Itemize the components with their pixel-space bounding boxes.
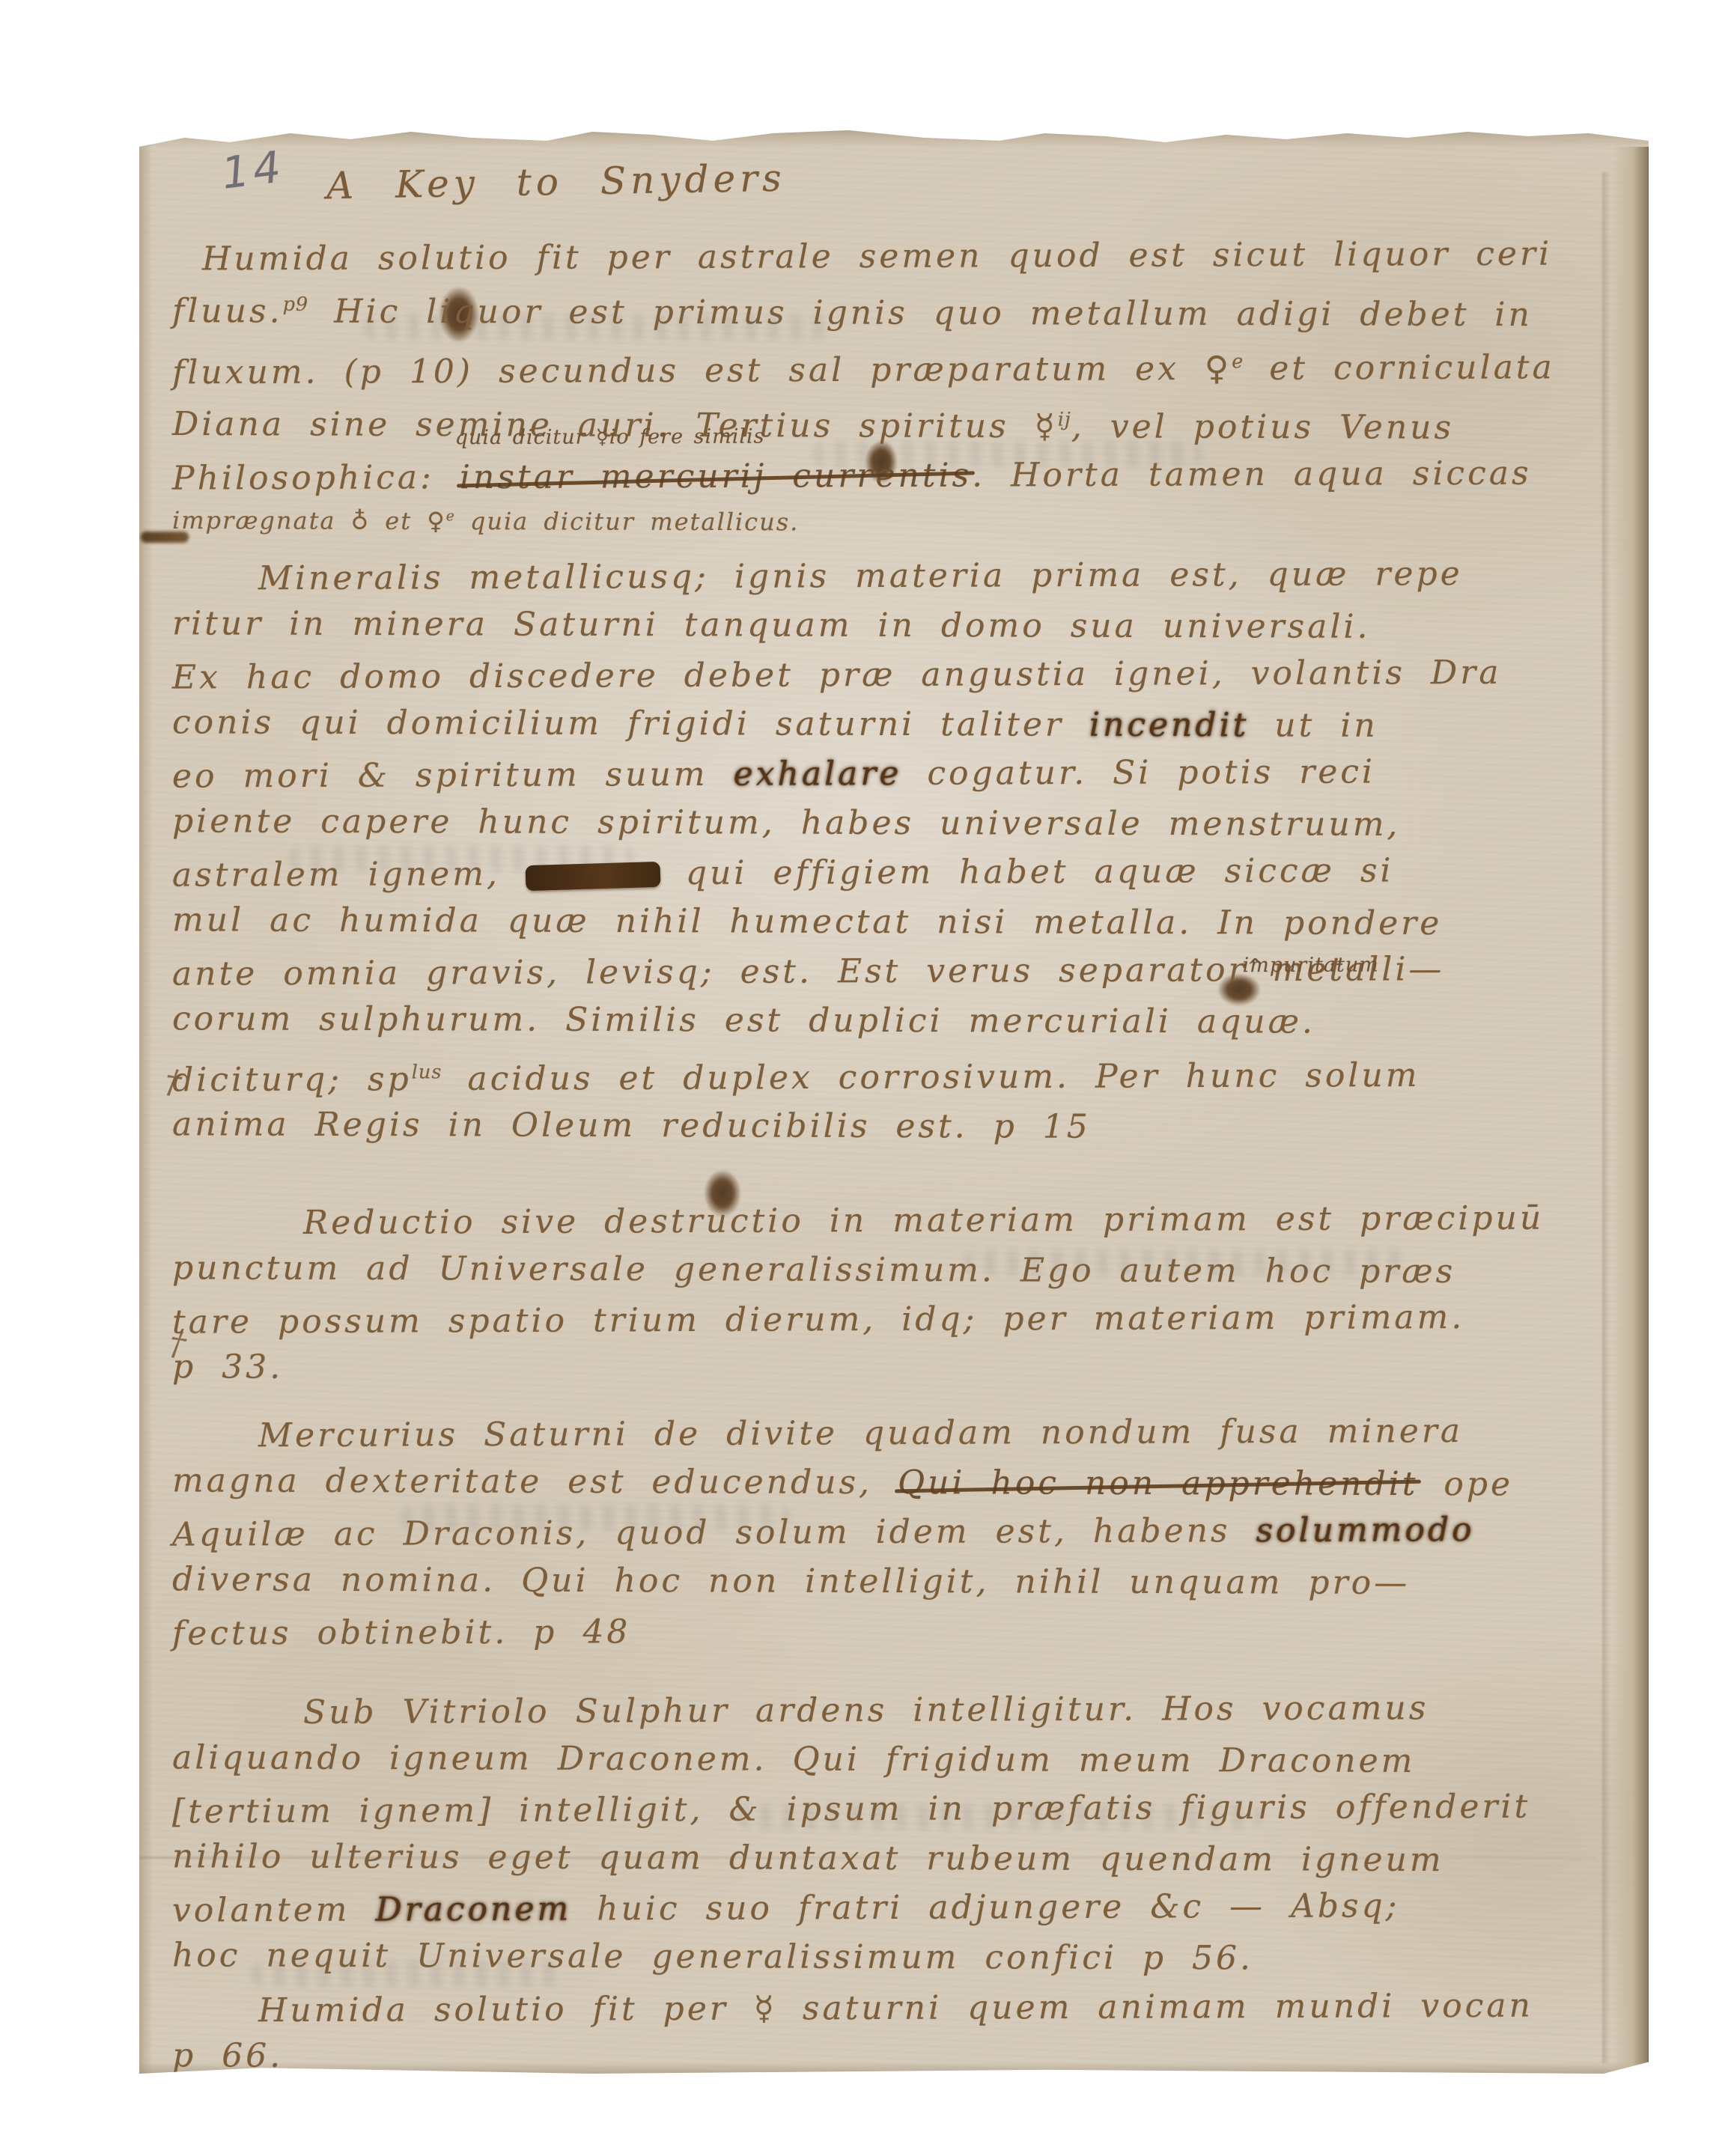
line-text: qui effigiem habet aquæ siccæ si [660,851,1394,892]
correction-stack: quia dicitur ☿io fere similisinstar merc… [460,451,972,503]
smudged-word: incendit [1089,705,1250,744]
page-header: 14 A Key to Snyders [172,139,1602,232]
manuscript-line: astralem ignem, qui effigiem habet aquæ … [172,845,1602,900]
mercury-symbol: ☿ [754,1990,777,2028]
obliterated-word [525,861,660,890]
venus-symbol: ♀ [427,507,446,535]
superscript-note: e [446,508,455,524]
superscript-note: lus [412,1061,442,1083]
manuscript-line: fluus.p9 Hic liquor est primus ignis quo… [172,279,1602,340]
paper-fold-crease [1602,172,1610,2063]
manuscript-line: p 33. [172,1343,1602,1396]
line-text: ante omnia gravis, levisq; est. Est veru… [172,951,1247,993]
manuscript-line: ante omnia gravis, levisq; est. Est veru… [172,944,1602,999]
manuscript-line: nihilo ulterius eget quam duntaxat rubeu… [172,1833,1602,1886]
manuscript-line: aliquando igneum Draconem. Qui frigidum … [172,1734,1602,1787]
manuscript-line: [tertium ignem] intelligit, & ipsum in p… [172,1782,1602,1837]
manuscript-line: Humida solutio fit per astrale semen quo… [172,229,1602,284]
line-text: diciturq; sp [172,1060,412,1099]
line-text: quia dicitur metallicus. [455,507,800,536]
manuscript-line: Humida solutio fit per ☿ saturni quem an… [172,1982,1602,2036]
line-text: fluxum. (p 10) secundus est sal præparat… [172,350,1205,392]
line-text: cogatur. Si potis reci [901,752,1375,792]
line-text: volantem [172,1891,376,1930]
paragraph: Reductio sive destructio in materiam pri… [172,1196,1602,1394]
smudged-word: Draconem [375,1890,571,1929]
interlinear-insert: quia dicitur ☿io fere similis [455,427,765,448]
manuscript-line: tare possum spatio trium dierum, idq; pe… [172,1293,1602,1347]
smudged-word: exhalare [733,755,901,794]
manuscript-line: diversa nomina. Qui hoc non intelligit, … [172,1556,1602,1609]
manuscript-line: p 66. [172,2032,1602,2085]
manuscript-line: Mineralis metallicusq; ignis materia pri… [172,549,1602,603]
line-text: Philosophica: [172,458,460,497]
manuscript-line: eo mori & spiritum suum exhalare cogatur… [172,746,1602,801]
insertion-caret: ^ [1247,942,1266,991]
line-text: et corniculata [1244,348,1555,388]
paragraph: Humida solutio fit per astrale semen quo… [172,232,1602,540]
line-text: ope [1418,1465,1513,1503]
line-text: huic suo fratri adjungere &c — Absq; [571,1887,1400,1928]
manuscript-line: fluxum. (p 10) secundus est sal præparat… [172,335,1602,398]
manuscript-line: Ex hac domo discedere debet præ angustia… [172,648,1602,702]
manuscript-line: piente capere hunc spiritum, habes unive… [172,797,1602,850]
manuscript-line: Aquilæ ac Draconis, quod solum idem est,… [172,1505,1602,1560]
page-title: A Key to Snyders [326,153,786,211]
superscript-note: ij [1058,409,1071,431]
line-text: saturni quem animam mundi vocan [777,1987,1533,2028]
line-text: ut in [1249,706,1378,744]
manuscript-line: mul ac humida quæ nihil humectat nisi me… [172,895,1602,948]
line-text: Hic liquor est primus ignis quo metallum… [308,292,1533,334]
superscript-note: e [1232,350,1244,373]
manuscript-line: diciturq; splus acidus et duplex corrosi… [172,1043,1602,1105]
handwritten-text-block: 14 A Key to Snyders Humida solutio fit p… [172,139,1602,2083]
paragraph: Humida solutio fit per ☿ saturni quem an… [172,1984,1602,2083]
earth-symbol: ♁ [351,507,371,535]
manuscript-line: hoc nequit Universale generalissimum con… [172,1931,1602,1985]
venus-symbol: ♀ [1205,350,1232,388]
manuscript-line: corum sulphurum. Similis est duplici mer… [172,994,1602,1047]
manuscript-line: Reductio sive destructio in materiam pri… [172,1194,1602,1249]
struck-text: instar mercurij currentis [460,457,972,497]
line-text: imprægnata [172,506,351,535]
manuscript-line: Philosophica: quia dicitur ☿io fere simi… [172,448,1602,503]
manuscript-line: magna dexteritate est educendus, Qui hoc… [172,1457,1602,1510]
manuscript-line: fectus obtinebit. p 48 [172,1604,1602,1659]
manuscript-line: Sub Vitriolo Sulphur ardens intelligitur… [172,1684,1602,1738]
line-text: Aquilæ ac Draconis, quod solum idem est,… [172,1511,1256,1554]
manuscript-line: imprægnata ♁ et ♀e quia dicitur metallic… [172,499,1602,541]
line-text: . Horta tamen aqua siccas [972,454,1532,495]
paragraph: Mineralis metallicusq; ignis materia pri… [172,552,1602,1152]
line-text: Humida solutio fit per [258,1990,754,2030]
pencil-page-number: 14 [219,141,287,198]
manuscript-line: Diana sine semine auri. Tertius spiritus… [172,393,1602,454]
line-text: , vel potius Venus [1071,408,1454,447]
paper-left-edge-shading [139,127,153,2074]
line-text: astralem ignem, [172,854,526,894]
line-text: conis qui domicilium frigidi saturni tal… [172,703,1089,743]
mercury-symbol: ☿ [1035,408,1058,446]
line-text: et [370,507,427,535]
manuscript-line: volantem Draconem huic suo fratri adjung… [172,1881,1602,1936]
manuscript-line: conis qui domicilium frigidi saturni tal… [172,698,1602,751]
line-text: eo mori & spiritum suum [172,755,734,795]
line-text: magna dexteritate est educendus, [172,1462,898,1502]
smudged-word: solummodo [1256,1511,1474,1550]
struck-text: Qui hoc non apprehendit [898,1464,1418,1503]
superscript-note: p9 [283,293,309,316]
manuscript-line: punctum ad Universale generalissimum. Eg… [172,1244,1602,1297]
underlying-page-edge [1613,147,1649,2074]
manuscript-line: Mercurius Saturni de divite quadam nondu… [172,1407,1602,1461]
manuscript-line: ritur in minera Saturni tanquam in domo … [172,599,1602,652]
manuscript-line: anima Regis in Oleum reducibilis est. p … [172,1100,1602,1154]
line-text: acidus et duplex corrosivum. Per hunc so… [442,1056,1420,1098]
manuscript-page: † † 14 A Key to Snyders Humida solutio f… [139,127,1649,2074]
paragraph: Mercurius Saturni de divite quadam nondu… [172,1409,1602,1656]
line-text: fluus. [172,292,283,330]
paragraph: Sub Vitriolo Sulphur ardens intelligitur… [172,1686,1602,1982]
